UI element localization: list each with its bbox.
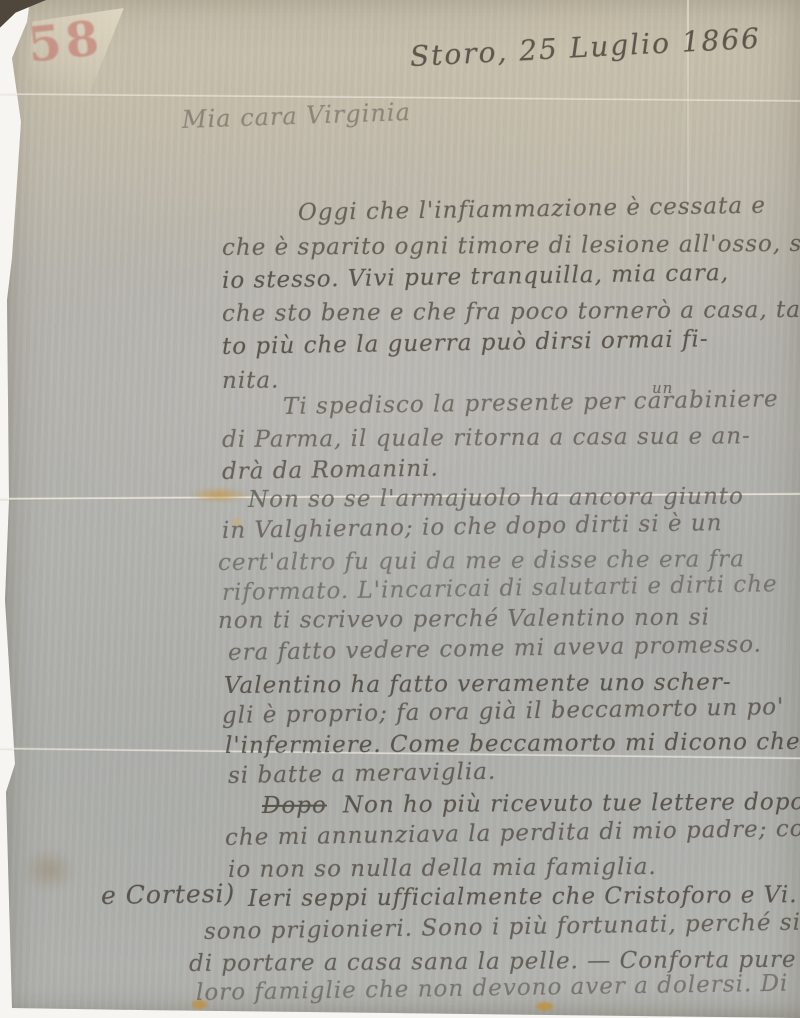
amber-stain-fold [188,487,250,503]
letter-line: l'infermiere. Come beccamorto mi dicono … [225,729,800,759]
letter-line: Valentino ha fatto veramente uno scher- [224,669,732,699]
letter-line: si batte a meraviglia. [228,759,497,789]
letter-line: non ti scrivevo perché Valentino non si [218,605,710,634]
brown-stain-blob [22,848,76,892]
amber-dot-bottom-right [536,1002,553,1011]
letter-line: nita. [222,368,280,394]
letter-line: drà da Romanini. [222,456,439,485]
struck-word: Dopo [262,793,327,819]
letter-line: di Parma, il quale ritorna a casa sua e … [222,423,751,453]
archive-number-stamp: 58 [25,10,105,74]
letter-scan: 58 Storo, 25 Luglio 1866 Mia cara Virgin… [0,0,800,1018]
letter-line: DopoNon ho più ricevuto tue lettere dopo… [262,789,800,819]
letter-line: che sto bene e che fra poco tornerò a ca… [222,297,800,327]
letter-line: Ieri seppi ufficialmente che Cristoforo … [248,882,798,912]
letter-line: io non so nulla della mia famiglia. [228,854,657,883]
letter-line-text: Non ho più ricevuto tue lettere dopo que… [343,789,800,819]
letter-line: cert'altro fu qui da me e disse che era … [218,546,745,576]
letter-line: Non so se l'armajuolo ha ancora giunto [248,484,744,513]
margin-note: e Cortesi) [101,879,236,910]
letter-line: che è sparito ogni timore di lesione all… [222,231,800,261]
